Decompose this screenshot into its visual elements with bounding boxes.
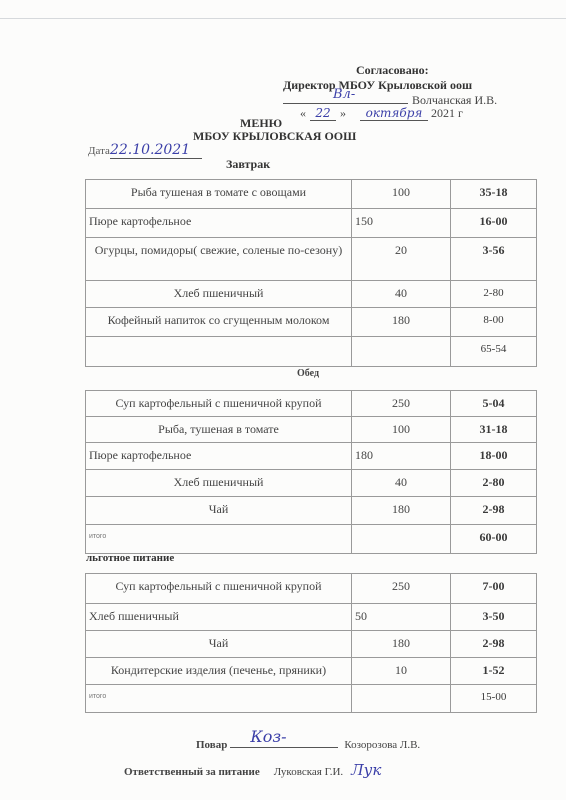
cook-signature-line: Коз- bbox=[230, 735, 338, 748]
total-row: итого 15-00 bbox=[86, 685, 537, 713]
responsible-name: Луковская Г.И. bbox=[274, 766, 343, 778]
total-label bbox=[86, 337, 352, 367]
dish-weight: 20 bbox=[352, 238, 451, 281]
dish-name: Пюре картофельное bbox=[86, 443, 352, 470]
total-label: итого bbox=[86, 525, 352, 554]
benefit-table: Суп картофельный с пшеничной крупой 250 … bbox=[85, 573, 537, 713]
dish-weight: 180 bbox=[352, 497, 451, 525]
approval-label: Согласовано: bbox=[356, 63, 429, 78]
quote-open: « bbox=[300, 106, 306, 120]
total-label: итого bbox=[86, 685, 352, 713]
dish-name: Кондитерские изделия (печенье, пряники) bbox=[86, 658, 352, 685]
table-row: Суп картофельный с пшеничной крупой 250 … bbox=[86, 574, 537, 604]
table-row: Кофейный напиток со сгущенным молоком 18… bbox=[86, 308, 537, 337]
approval-date: «22»октября2021 г bbox=[300, 106, 463, 121]
cook-signature-row: ПоварКоз-Козорозова Л.В. bbox=[196, 735, 420, 751]
dish-price: 7-00 bbox=[451, 574, 537, 604]
dish-weight: 100 bbox=[352, 417, 451, 443]
dish-weight: 40 bbox=[352, 470, 451, 497]
dish-price: 31-18 bbox=[451, 417, 537, 443]
total-price: 15-00 bbox=[451, 685, 537, 713]
responsible-signature: Лук bbox=[351, 761, 381, 779]
dish-price: 18-00 bbox=[451, 443, 537, 470]
approval-month: октября bbox=[360, 106, 428, 121]
dish-name: Пюре картофельное bbox=[86, 209, 352, 238]
total-row: 65-54 bbox=[86, 337, 537, 367]
table-row: Хлеб пшеничный 40 2-80 bbox=[86, 470, 537, 497]
dish-name: Чай bbox=[86, 631, 352, 658]
cook-name: Козорозова Л.В. bbox=[344, 739, 420, 751]
dish-weight: 250 bbox=[352, 574, 451, 604]
total-price: 65-54 bbox=[451, 337, 537, 367]
dish-weight: 50 bbox=[352, 604, 451, 631]
table-row: Рыба, тушеная в томате 100 31-18 bbox=[86, 417, 537, 443]
table-row: Чай 180 2-98 bbox=[86, 497, 537, 525]
director-signature-line: Вл- bbox=[283, 91, 408, 104]
dish-name: Рыба тушеная в томате с овощами bbox=[86, 180, 352, 209]
dish-name: Хлеб пшеничный bbox=[86, 470, 352, 497]
dish-weight: 250 bbox=[352, 391, 451, 417]
lunch-title: Обед bbox=[297, 368, 319, 379]
dish-weight: 40 bbox=[352, 281, 451, 308]
lunch-table: Суп картофельный с пшеничной крупой 250 … bbox=[85, 390, 537, 554]
dish-name: Хлеб пшеничный bbox=[86, 604, 352, 631]
table-row: Хлеб пшеничный 50 3-50 bbox=[86, 604, 537, 631]
dish-price: 2-80 bbox=[451, 281, 537, 308]
dish-name: Хлеб пшеничный bbox=[86, 281, 352, 308]
cook-signature: Коз- bbox=[250, 727, 286, 746]
dish-price: 8-00 bbox=[451, 308, 537, 337]
approval-day: 22 bbox=[310, 106, 336, 121]
dish-price: 2-80 bbox=[451, 470, 537, 497]
approval-year: 2021 г bbox=[431, 106, 463, 120]
dish-name: Рыба, тушеная в томате bbox=[86, 417, 352, 443]
responsible-label: Ответственный за питание bbox=[124, 766, 260, 778]
director-name: Волчанская И.В. bbox=[412, 93, 497, 107]
date-label: Дата bbox=[88, 145, 110, 157]
dish-weight: 10 bbox=[352, 658, 451, 685]
dish-price: 16-00 bbox=[451, 209, 537, 238]
dish-price: 35-18 bbox=[451, 180, 537, 209]
dish-weight: 180 bbox=[352, 443, 451, 470]
total-weight bbox=[352, 337, 451, 367]
dish-weight: 100 bbox=[352, 180, 451, 209]
total-row: итого 60-00 bbox=[86, 525, 537, 554]
total-weight bbox=[352, 685, 451, 713]
benefit-title: льготное питание bbox=[86, 552, 174, 564]
dish-price: 2-98 bbox=[451, 631, 537, 658]
dish-price: 1-52 bbox=[451, 658, 537, 685]
dish-name: Суп картофельный с пшеничной крупой bbox=[86, 574, 352, 604]
table-row: Суп картофельный с пшеничной крупой 250 … bbox=[86, 391, 537, 417]
dish-name: Суп картофельный с пшеничной крупой bbox=[86, 391, 352, 417]
table-row: Кондитерские изделия (печенье, пряники) … bbox=[86, 658, 537, 685]
table-row: Огурцы, помидоры( свежие, соленые по-сез… bbox=[86, 238, 537, 281]
dish-price: 5-04 bbox=[451, 391, 537, 417]
table-row: Хлеб пшеничный 40 2-80 bbox=[86, 281, 537, 308]
scan-artifact-line bbox=[0, 18, 566, 19]
breakfast-table: Рыба тушеная в томате с овощами 100 35-1… bbox=[85, 179, 537, 367]
table-row: Пюре картофельное 150 16-00 bbox=[86, 209, 537, 238]
school-title: МБОУ КРЫЛОВСКАЯ ООШ bbox=[193, 129, 356, 144]
menu-date: Дата22.10.2021 bbox=[88, 142, 202, 159]
director-signature: Вл- bbox=[333, 87, 355, 102]
dish-name: Кофейный напиток со сгущенным молоком bbox=[86, 308, 352, 337]
dish-name: Огурцы, помидоры( свежие, соленые по-сез… bbox=[86, 238, 352, 281]
dish-price: 3-56 bbox=[451, 238, 537, 281]
dish-weight: 180 bbox=[352, 308, 451, 337]
total-price: 60-00 bbox=[451, 525, 537, 554]
quote-close: » bbox=[340, 106, 346, 120]
cook-label: Повар bbox=[196, 739, 227, 751]
total-weight bbox=[352, 525, 451, 554]
dish-price: 2-98 bbox=[451, 497, 537, 525]
date-value: 22.10.2021 bbox=[110, 142, 190, 158]
dish-name: Чай bbox=[86, 497, 352, 525]
dish-weight: 180 bbox=[352, 631, 451, 658]
table-row: Чай 180 2-98 bbox=[86, 631, 537, 658]
dish-weight: 150 bbox=[352, 209, 451, 238]
table-row: Пюре картофельное 180 18-00 bbox=[86, 443, 537, 470]
table-row: Рыба тушеная в томате с овощами 100 35-1… bbox=[86, 180, 537, 209]
breakfast-title: Завтрак bbox=[226, 157, 270, 172]
dish-price: 3-50 bbox=[451, 604, 537, 631]
responsible-signature-row: Ответственный за питаниеЛуковская Г.И.Лу… bbox=[124, 761, 381, 779]
